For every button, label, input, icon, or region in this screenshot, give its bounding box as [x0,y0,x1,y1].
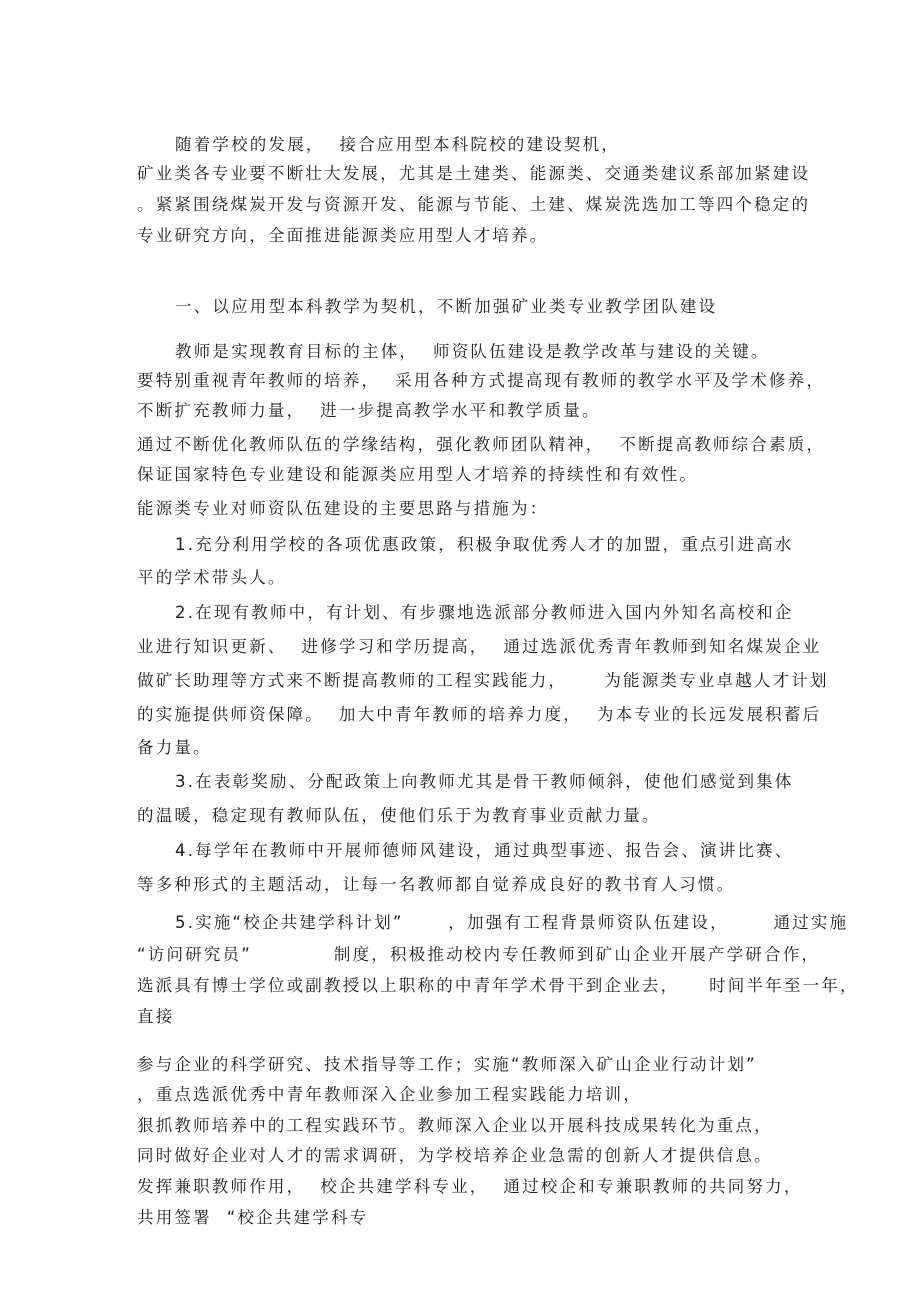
continuation-line-5: 发挥兼职教师作用， 校企共建学科专业， 通过校企和专兼职教师的共同努力， [137,1177,803,1197]
teachers-line-6: 能源类专业对师资队伍建设的主要思路与措施为： [137,499,548,519]
continuation-line-4: 同时做好企业对人才的需求调研，为学校培养企业急需的创新人才提供信息。 [137,1146,773,1166]
intro-line-1: 随着学校的发展， 接合应用型本科院校的建设契机， [175,135,620,155]
continuation-line-2: ，重点选派优秀中青年教师深入企业参加工程实践能力培训， [137,1085,642,1105]
item-2-line-2: 业进行知识更新、 进修学习和学历提高， 通过选派优秀青年教师到知名煤炭企业 [137,637,821,657]
continuation-line-1: 参与企业的科学研究、技术指导等工作；实施“教师深入矿山企业行动计划” [137,1055,757,1075]
item-3-line-2: 的温暖，稳定现有教师队伍，使他们乐于为教育事业贡献力量。 [137,806,661,826]
document-page: 随着学校的发展， 接合应用型本科院校的建设契机， 矿业类各专业要不断壮大发展，尤… [0,0,920,1303]
item-3-line-1: 3.在表彰奖励、分配政策上向教师尤其是骨干教师倾斜，使他们感觉到集体 [175,772,794,792]
item-5-line-3: 选派具有博士学位或副教授以上职称的中青年学术骨干到企业去， 时间半年至一年， [137,976,859,996]
item-4-line-1: 4.每学年在教师中开展师德师风建设，通过典型事迹、报告会、演讲比赛、 [175,841,794,861]
item-2-line-5: 备力量。 [137,738,212,758]
item-5-line-2: “访问研究员” 制度，积极推动校内专任教师到矿山企业开展产学研合作， [137,945,820,965]
item-5-line-4: 直接 [137,1007,174,1027]
teachers-line-2: 要特别重视青年教师的培养， 采用各种方式提高现有教师的教学水平及学术修养， [137,371,825,391]
teachers-line-5: 保证国家特色专业建设和能源类应用型人才培养的持续性和有效性。 [137,465,698,485]
teachers-line-3: 不断扩充教师力量， 进一步提高教学水平和教学质量。 [137,401,601,421]
section-heading: 一、以应用型本科教学为契机，不断加强矿业类专业教学团队建设 [175,297,717,317]
item-1-line-1: 1.充分利用学校的各项优惠政策，积极争取优秀人才的加盟，重点引进高水 [175,535,794,555]
teachers-line-4: 通过不断优化教师队伍的学缘结构，强化教师团队精神， 不断提高教师综合素质， [137,435,825,455]
continuation-line-3: 狠抓教师培养中的工程实践环节。教师深入企业以开展科技成果转化为重点， [137,1116,773,1136]
intro-line-4: 专业研究方向，全面推进能源类应用型人才培养。 [137,226,548,246]
item-5-line-1: 5.实施“校企共建学科计划” ，加强有工程背景师资队伍建设， 通过实施 [175,913,848,933]
teachers-line-1: 教师是实现教育目标的主体， 师资队伍建设是教学改革与建设的关键。 [175,342,770,362]
intro-line-2: 矿业类各专业要不断壮大发展，尤其是土建类、能源类、交通类建议系部加紧建设 [137,164,810,184]
continuation-line-6: 共用签署 “校企共建学科专 [137,1208,368,1228]
item-2-line-3: 做矿长助理等方式来不断提高教师的工程实践能力， 为能源类专业卓越人才计划 [137,671,829,691]
item-2-line-4: 的实施提供师资保障。 加大中青年教师的培养力度， 为本专业的长远发展积蓄后 [137,705,821,725]
item-4-line-2: 等多种形式的主题活动，让每一名教师都自觉养成良好的教书育人习惯。 [137,875,735,895]
intro-line-3: 。紧紧围绕煤炭开发与资源开发、能源与节能、土建、煤炭洗选加工等四个稳定的 [137,195,810,215]
item-2-line-1: 2.在现有教师中，有计划、有步骤地选派部分教师进入国内外知名高校和企 [175,603,794,623]
item-1-line-2: 平的学术带头人。 [137,568,287,588]
